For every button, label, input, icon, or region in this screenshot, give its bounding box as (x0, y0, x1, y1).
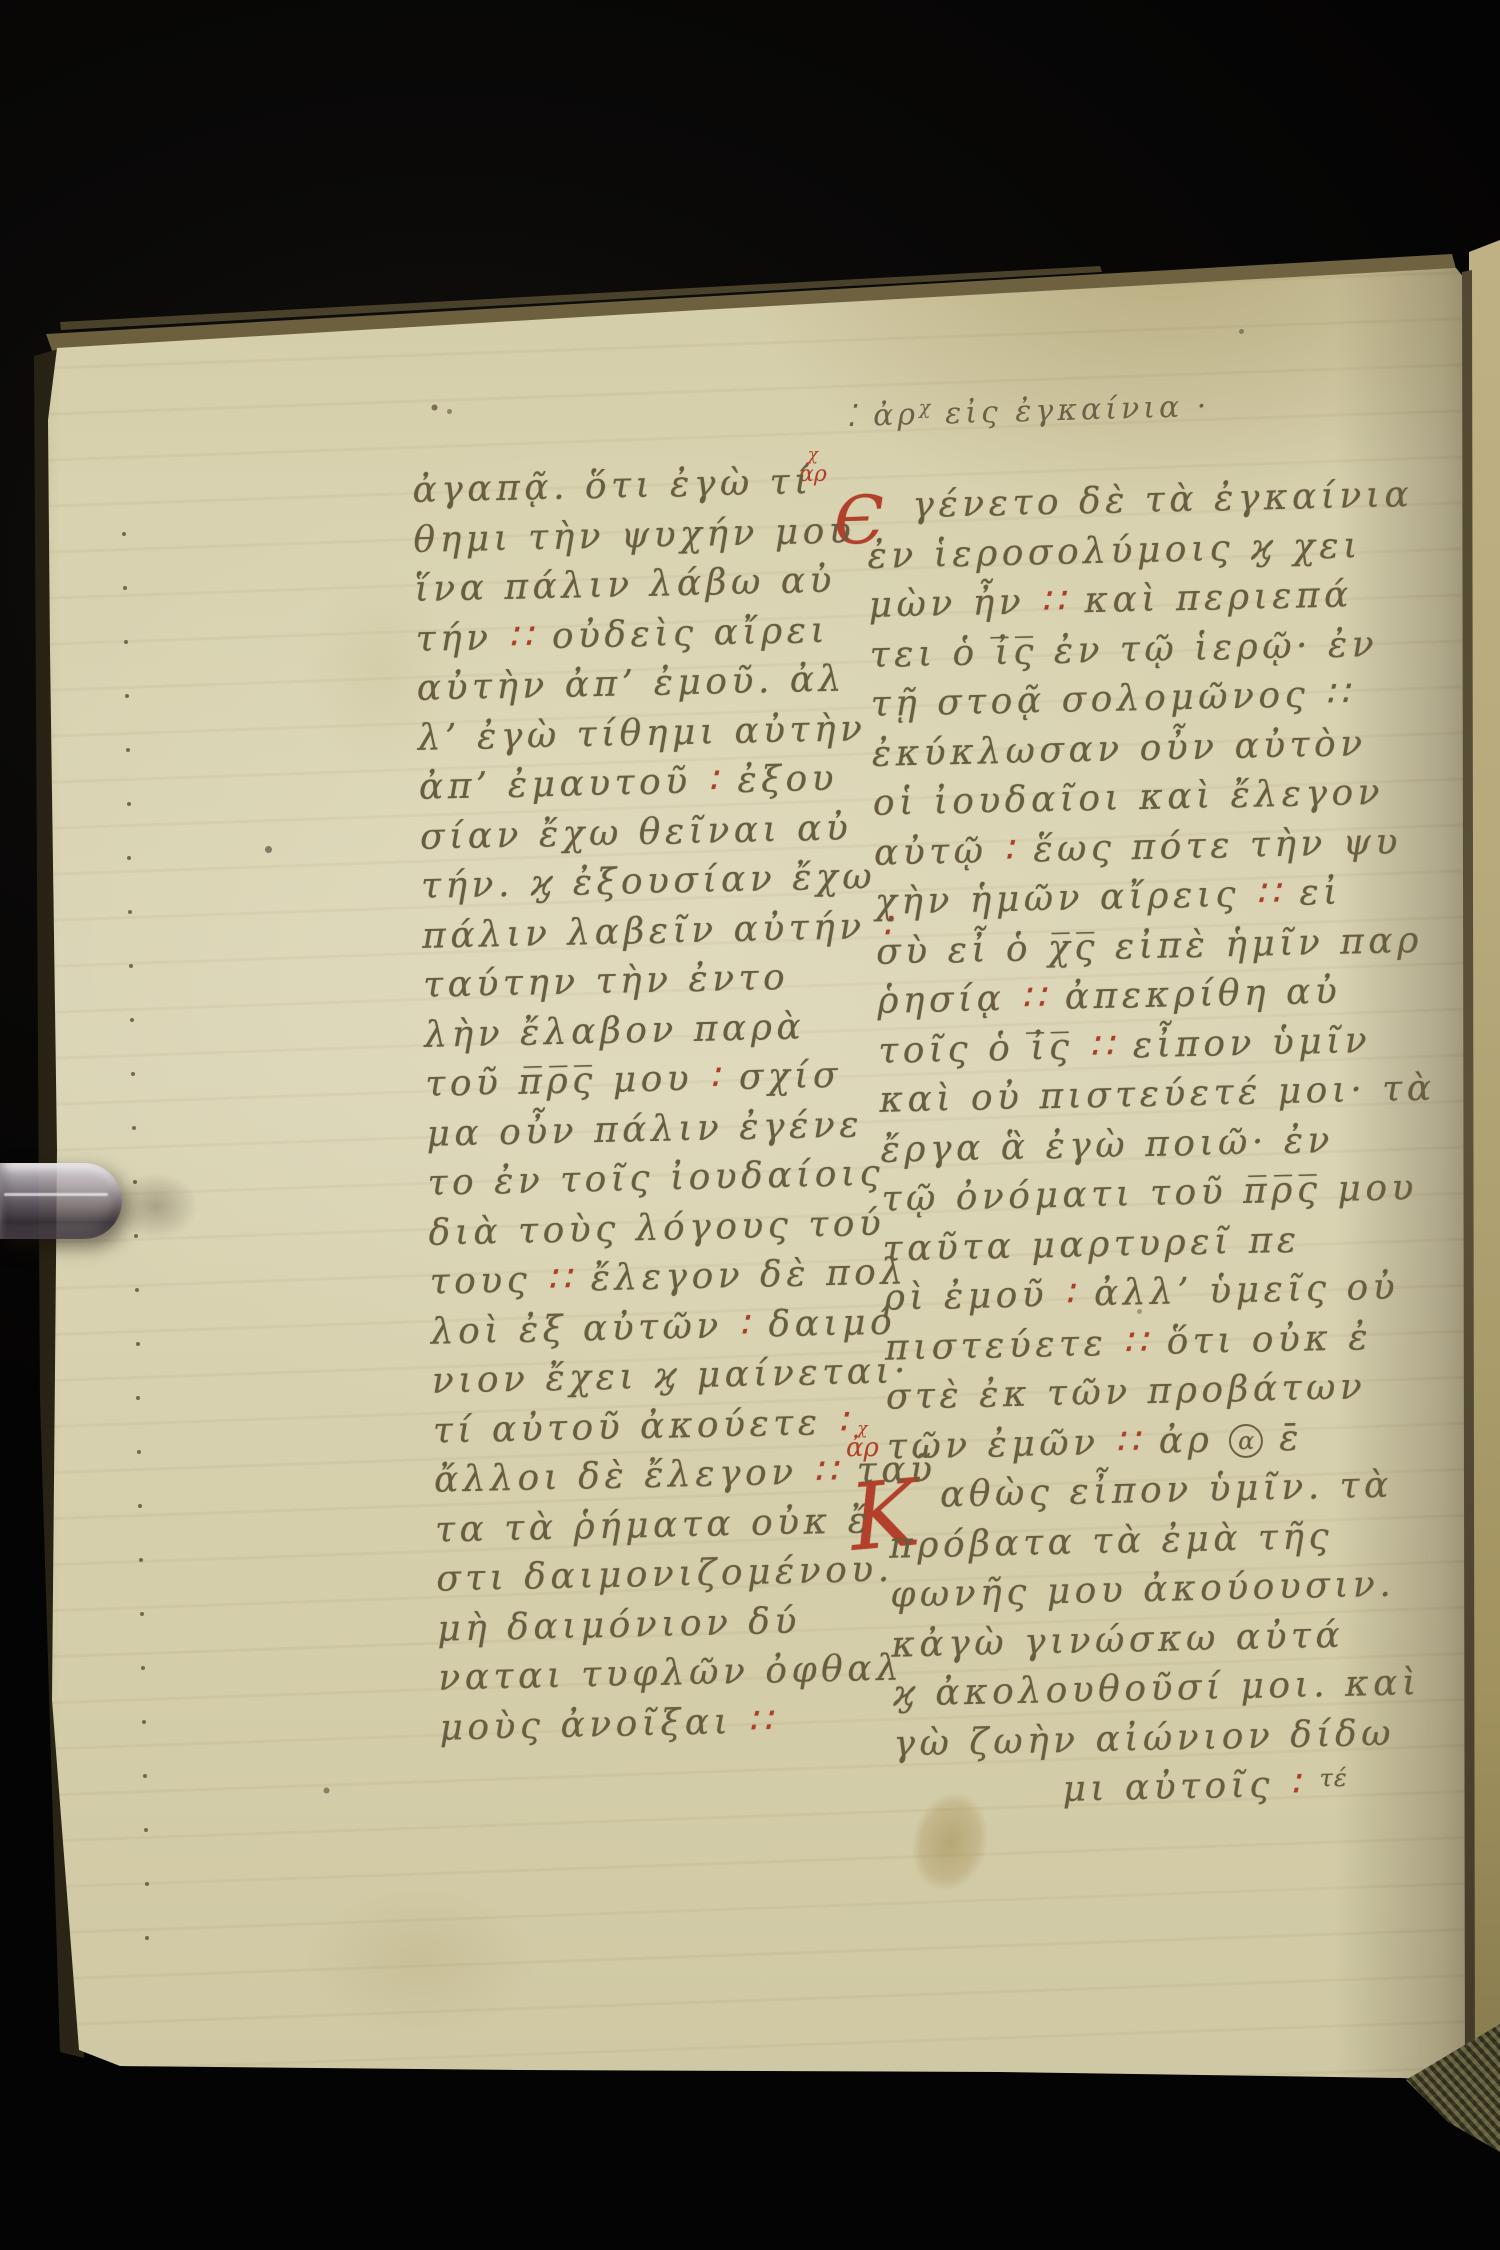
right-text-column: γένετο δὲ τὰ ἐγκαίνιαἐν ἱεροσολύμοις ϗ χ… (866, 474, 1451, 1822)
pricking-hole (140, 1612, 144, 1616)
pricking-hole (126, 748, 130, 752)
pricking-hole (131, 1072, 135, 1076)
header-abbr-superscript: χ (919, 397, 932, 419)
pricking-hole (125, 694, 129, 698)
header-text: εἰς ἐγκαίνια · (945, 389, 1211, 431)
rubric-punctuation: ∷ (492, 615, 552, 657)
text-segment: ταύτην τὴν ἐντο (423, 957, 790, 1006)
rubric-punctuation: ∶ (693, 1057, 740, 1099)
text-segment: ἀπ’ ἐμαυτοῦ (418, 761, 692, 808)
pricking-hole (145, 1882, 149, 1886)
pricking-hole (132, 1126, 136, 1130)
pricking-hole (136, 1342, 140, 1346)
rubric-punctuation: ∷ (531, 1258, 591, 1300)
text-segment: οὐδεὶς αἴρει (551, 609, 829, 656)
rubric-punctuation: ∷ (1107, 1321, 1167, 1363)
text-segment: ἕως πότε τὴν ψυ (1033, 821, 1403, 870)
text-segment: τέ (1319, 1764, 1348, 1793)
text-segment: πρόβατα τὰ ἐμὰ τῆς (889, 1516, 1334, 1567)
text-segment: κἀγὼ γινώσκω αὐτά (891, 1614, 1345, 1665)
text-segment: ρὶ ἐμοῦ (883, 1274, 1048, 1319)
rubric-punctuation: ∷ (1240, 873, 1300, 915)
text-segment: λ’ ἐγὼ τίθημι αὐτὴν (417, 708, 866, 759)
rubric-punctuation: ∷ (1073, 1025, 1133, 1067)
parchment-discoloration (260, 1850, 580, 2070)
text-segment: τοῖς ὁ ἰ̅ς̅ (878, 1026, 1074, 1071)
text-segment: ἵνα πάλιν λάβω αὐ (414, 560, 836, 610)
text-segment: τοῦ π̅ρ̅ς̅ μου (425, 1058, 694, 1105)
text-segment: λὴν ἔλαβον παρὰ (424, 1006, 806, 1055)
rubric-punctuation: ∶ (722, 1304, 769, 1346)
text-segment: ε̄ (1263, 1417, 1304, 1459)
text-segment: τήν. ϗ ἐξουσίαν ἔχω (421, 856, 877, 907)
rubric-punctuation: ∶ (821, 1401, 852, 1443)
pricking-hole (127, 802, 131, 806)
rubric-punctuation: ∷ (732, 1700, 776, 1742)
text-segment: ἀρ (1158, 1419, 1229, 1462)
text-segment: ἄλλοι δὲ ἔλεγον (434, 1452, 798, 1501)
rubric-punctuation: ∶ (987, 829, 1034, 871)
text-segment: μὼν ἦν (868, 582, 1025, 626)
text-segment: χὴν ἡμῶν αἴρεις (875, 874, 1241, 923)
pricking-hole (135, 1288, 139, 1292)
text-segment: μὴ δαιμόνιον δύ (437, 1600, 801, 1649)
header-dots: ⁚ (846, 399, 861, 434)
text-segment: το ἐν τοῖς ἰουδαίοις (427, 1153, 885, 1204)
text-segment: ἀγαπᾷ. ὅτι ἐγὼ τί (412, 461, 813, 511)
text-segment: διὰ τοὺς λόγους τού (428, 1202, 886, 1253)
text-segment: σχίσ (738, 1055, 842, 1098)
rubric-punctuation: ∶ (1274, 1763, 1321, 1805)
rubric-punctuation: ∷ (1025, 580, 1085, 622)
text-segment: καὶ περιεπά (1084, 574, 1353, 621)
text-segment: ἐξου (737, 758, 839, 801)
text-segment: δαιμό (768, 1301, 897, 1345)
manuscript-photo: ⁚ ἀρχ εἰς ἐγκαίνια · χ ἀρ χ ἀρ Є Κ ἀγαπᾷ… (0, 0, 1500, 2250)
pricking-hole (123, 586, 127, 590)
rubric-punctuation: ∶ (691, 760, 738, 802)
pricking-hole (143, 1774, 147, 1778)
text-segment: μι αὐτοῖς (1062, 1764, 1274, 1810)
pricking-hole (142, 1720, 146, 1724)
text-segment: στι δαιμονιζομένου. (436, 1549, 894, 1600)
text-segment: θημι τὴν ψυχήν μου (413, 510, 856, 561)
text-segment: μα οὖν πάλιν ἐγένε (426, 1104, 863, 1155)
text-segment: ἀπεκρίθη αὐ (1064, 971, 1341, 1018)
rubric-punctuation: ∷ (1005, 977, 1065, 1019)
pricking-hole (124, 640, 128, 644)
text-segment: τῶν ἐμῶν (887, 1422, 1100, 1468)
text-segment: πάλιν λαβεῖν αὐτήν (422, 906, 866, 957)
text-segment: τα τὰ ῥήματα οὐκ ἔ (435, 1500, 872, 1551)
text-segment: τήν (415, 617, 493, 660)
text-segment: εἶπον ὑμῖν (1132, 1020, 1371, 1066)
text-segment: ῥησίᾳ (877, 978, 1006, 1022)
text-segment: ναται τυφλῶν ὀφθαλ (438, 1648, 904, 1699)
text-segment: ἔργα ἃ ἐγὼ ποιῶ· ἐν (880, 1119, 1334, 1170)
text-segment: σίαν ἔχω θεῖναι αὐ (420, 807, 853, 857)
text-segment: ὅτι οὐκ ἐ (1166, 1317, 1372, 1362)
text-segment: πιστεύετε (884, 1322, 1107, 1368)
pricking-hole (144, 1828, 148, 1832)
left-text-column: ἀγαπᾷ. ὅτι ἐγὼ τίθημι τὴν ψυχήν μουἵνα π… (412, 459, 943, 1757)
text-segment: αὐτῷ (874, 830, 988, 873)
text-segment: ταῦτα μαρτυρεῖ πε (882, 1219, 1301, 1269)
rubric-punctuation: ∷ (1099, 1420, 1159, 1462)
text-segment: μοὺς ἀνοῖξαι (439, 1701, 733, 1748)
rubric-punctuation: ∶ (1048, 1273, 1095, 1315)
text-segment: αὐτὴν ἀπ’ ἐμοῦ. ἀλ (416, 659, 846, 709)
text-segment: ἀλλ’ ὑμεῖς οὐ (1093, 1267, 1399, 1315)
text-segment: λοὶ ἐξ αὐτῶν (430, 1305, 723, 1352)
text-segment: ἔλεγον δὲ πολ (590, 1251, 908, 1299)
text-segment: αθὼς εἶπον ὑμῖν. τὰ (940, 1465, 1394, 1516)
ink-specks (0, 0, 3, 3)
text-segment: α (1229, 1423, 1264, 1458)
pricking-hole (122, 532, 126, 536)
header-abbr: ἀρ (873, 397, 920, 433)
rubric-punctuation: ∷ (797, 1451, 857, 1493)
page-holder-clip (0, 1163, 122, 1239)
text-segment: τί αὐτοῦ ἀκούετε (433, 1402, 822, 1451)
text-segment: τους (429, 1260, 532, 1303)
text-segment: εἰ (1299, 872, 1342, 914)
pricking-hole (141, 1666, 145, 1670)
